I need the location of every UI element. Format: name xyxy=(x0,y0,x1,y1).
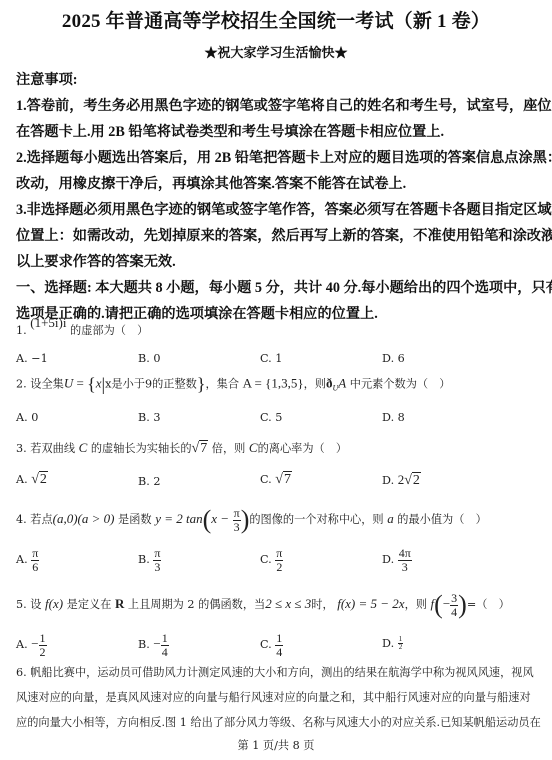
question-text: 中元素个数为（ ） xyxy=(350,378,451,391)
notice-line: 以上要求作答的答案无效. xyxy=(16,251,176,271)
question-text: 若双曲线 xyxy=(30,442,75,455)
sign: − xyxy=(31,636,38,651)
option-label: C. xyxy=(260,638,272,651)
option-d[interactable]: D. 4π3 xyxy=(382,547,412,573)
paren-open-icon: ( xyxy=(434,590,443,619)
math-expression: y = 2 tan xyxy=(155,511,202,526)
question-text: 的最小值为（ ） xyxy=(397,513,487,526)
radicand: 2 xyxy=(39,471,48,487)
question-number: 2. xyxy=(16,378,27,391)
fraction: 14 xyxy=(275,632,283,658)
option-b[interactable]: B. 3 xyxy=(138,411,160,424)
option-a[interactable]: A. −1 xyxy=(16,352,48,365)
denominator: 4 xyxy=(276,646,282,659)
question-number: 4. xyxy=(16,513,27,526)
radicand: 7 xyxy=(283,471,292,487)
question-text: ，集合 xyxy=(205,378,239,391)
denominator: 6 xyxy=(32,561,38,574)
question-text: 的虚轴长为实轴长的 xyxy=(91,442,192,455)
option-label: B. xyxy=(138,553,150,566)
option-b[interactable]: B. 2 xyxy=(138,475,160,488)
denominator: 3 xyxy=(234,521,240,534)
radicand: 2 xyxy=(412,472,421,488)
question-3: 3. 若双曲线 C 的虚轴长为实轴长的√7 倍，则 C的离心率为（ ） xyxy=(16,440,347,457)
question-text: 设 xyxy=(30,598,41,611)
question-text: 倍，则 xyxy=(212,442,246,455)
brace-open-icon: { xyxy=(87,374,96,394)
exam-page: 2025 年普通高等学校招生全国统一考试（新 1 卷） ★祝大家学习生活愉快★ … xyxy=(0,0,552,760)
denominator: 4 xyxy=(162,646,168,659)
option-d[interactable]: D. 2√2 xyxy=(382,472,421,489)
fraction: π3 xyxy=(153,547,161,573)
question-2: 2. 设全集U = {x|x是小于9的正整数}，集合 A = {1,3,5}，则… xyxy=(16,374,451,395)
option-b[interactable]: B. 0 xyxy=(138,352,160,365)
sqrt-expression: √7 xyxy=(275,471,292,487)
radicand: 7 xyxy=(199,440,208,456)
question-text: 设全集 xyxy=(30,378,64,391)
option-c[interactable]: C. √7 xyxy=(260,472,292,488)
sqrt-expression: √2 xyxy=(31,471,48,487)
question-text: 的虚部为（ ） xyxy=(70,324,148,337)
question-text: =（ ） xyxy=(467,598,510,611)
denominator: 4 xyxy=(451,606,457,619)
fraction: 14 xyxy=(161,632,169,658)
numerator: 1 xyxy=(161,632,169,646)
notice-line: 2.选择题每小题选出答案后，用 2B 铅笔把答题卡上对应的题目选项的答案信息点涂… xyxy=(16,147,552,167)
question-text: 的离心率为（ ） xyxy=(258,442,348,455)
math-expression: x − xyxy=(211,511,229,526)
question-6-line: 6. 帆船比赛中，运动员可借助风力计测定风速的大小和方向，测出的结果在航海学中称… xyxy=(16,664,534,680)
notice-line: 位置上：如需改动，先划掉原来的答案，然后再写上新的答案，不准使用铅笔和涂改液.不… xyxy=(16,225,552,245)
math-var: a xyxy=(387,511,394,526)
math-var: C xyxy=(249,440,258,455)
option-a[interactable]: A. π6 xyxy=(16,547,39,573)
numerator: 1 xyxy=(275,632,283,646)
option-c[interactable]: C. 5 xyxy=(260,411,282,424)
denominator: 2 xyxy=(399,644,403,651)
sqrt-expression: √7 xyxy=(192,440,209,456)
sign: − xyxy=(153,636,160,651)
fraction: π2 xyxy=(275,547,283,573)
option-a[interactable]: A. 0 xyxy=(16,411,38,424)
numerator: π xyxy=(31,547,39,561)
question-text: ，则 xyxy=(304,378,326,391)
real-numbers-symbol: R xyxy=(115,596,124,611)
option-a[interactable]: A. −12 xyxy=(16,632,47,658)
question-1: 1. (1+5i)i 的虚部为（ ） xyxy=(16,322,148,338)
notice-line: 在答题卡上.用 2B 铅笔将试卷类型和考生号填涂在答题卡相应位置上. xyxy=(16,121,444,141)
math-expression: f(x) = 5 − 2x xyxy=(337,596,404,611)
exam-title: 2025 年普通高等学校招生全国统一考试（新 1 卷） xyxy=(0,6,552,33)
question-text: ，则 xyxy=(405,598,427,611)
option-label: A. xyxy=(16,473,28,486)
question-text: 是定义在 xyxy=(67,598,112,611)
numerator: 1 xyxy=(39,632,47,646)
option-d[interactable]: D. 12 xyxy=(382,636,403,652)
denominator: 3 xyxy=(154,561,160,574)
option-label: D. xyxy=(382,553,394,566)
denominator: 3 xyxy=(402,561,408,574)
math-expression: 2 ≤ x ≤ 3 xyxy=(265,596,311,611)
fraction: 34 xyxy=(450,592,458,618)
numerator: 4π xyxy=(398,547,412,561)
question-6-line: 风速对应的向量，是真风风速对应的向量与船行风速对应的向量之和，其中船行风速对应的… xyxy=(16,689,531,705)
option-c[interactable]: C. 1 xyxy=(260,352,282,365)
paren-close-icon: ) xyxy=(458,590,467,619)
math-expression: A = {1,3,5} xyxy=(243,376,304,391)
sign: − xyxy=(443,596,450,611)
notice-line: 改动，用橡皮擦干净后，再填涂其他答案.答案不能答在试卷上. xyxy=(16,173,406,193)
section-heading: 选项是正确的.请把正确的选项填涂在答题卡相应的位置上. xyxy=(16,303,378,323)
option-label: D. xyxy=(382,474,394,487)
fraction: 4π3 xyxy=(398,547,412,573)
option-label: A. xyxy=(16,638,28,651)
math-var: A xyxy=(338,376,346,391)
question-text: 上且周期为 2 的偶函数，当 xyxy=(128,598,265,611)
question-number: 3. xyxy=(16,442,27,455)
option-label: B. xyxy=(138,638,150,651)
denominator: 2 xyxy=(40,646,46,659)
numerator: π xyxy=(233,507,241,521)
question-text: 若点 xyxy=(30,513,52,526)
fraction: π6 xyxy=(31,547,39,573)
math-var: C xyxy=(79,440,88,455)
option-d[interactable]: D. 8 xyxy=(382,411,405,424)
question-text: 时， xyxy=(311,598,333,611)
sqrt-expression: √2 xyxy=(404,472,421,488)
option-label: C. xyxy=(260,553,272,566)
section-heading: 一、选择题: 本大题共 8 小题，每小题 5 分，共计 40 分.每小题给出的四… xyxy=(16,277,552,297)
fraction: 12 xyxy=(39,632,47,658)
fraction: π3 xyxy=(233,507,241,533)
exam-subtitle: ★祝大家学习生活愉快★ xyxy=(0,42,552,61)
question-6-line: 应的向量大小相等，方向相反.图 1 给出了部分风力等级、名称与风速大小的对应关系… xyxy=(16,714,541,730)
question-text: 是函数 xyxy=(118,513,152,526)
option-b[interactable]: B. −14 xyxy=(138,632,169,658)
option-label: A. xyxy=(16,553,28,566)
option-b[interactable]: B. π3 xyxy=(138,547,161,573)
denominator: 2 xyxy=(276,561,282,574)
option-label: D. xyxy=(382,637,394,650)
math-expression: (1+5i)i xyxy=(30,315,66,330)
math-expression: f(x) xyxy=(45,596,63,611)
question-number: 1. xyxy=(16,324,27,337)
math-expression: (a,0)(a > 0) xyxy=(53,511,115,526)
page-number: 第 1 页/共 8 页 xyxy=(0,737,552,753)
notice-line: 1.答卷前，考生务必用黑色字迹的钢笔或签字笔将自己的姓名和考生号，试室号，座位号… xyxy=(16,95,552,115)
notice-line: 3.非选择题必须用黑色字迹的钢笔或签字笔作答，答案必须写在答题卡各题目指定区域内… xyxy=(16,199,552,219)
option-label: C. xyxy=(260,473,272,486)
question-text: 的图像的一个对称中心，则 xyxy=(249,513,383,526)
question-number: 5. xyxy=(16,598,27,611)
math-var: U xyxy=(64,376,73,391)
notice-heading: 注意事项: xyxy=(16,69,77,89)
paren-open-icon: ( xyxy=(203,505,212,534)
numerator: π xyxy=(153,547,161,561)
set-description: x是小于9的正整数 xyxy=(105,378,197,391)
option-c[interactable]: C. 14 xyxy=(260,632,283,658)
numerator: π xyxy=(275,547,283,561)
numerator: 3 xyxy=(450,592,458,606)
option-a[interactable]: A. √2 xyxy=(16,472,48,488)
option-d[interactable]: D. 6 xyxy=(382,352,405,365)
fraction: 12 xyxy=(398,636,404,652)
question-4: 4. 若点(a,0)(a > 0) 是函数 y = 2 tan(x − π3)的… xyxy=(16,505,487,535)
option-c[interactable]: C. π2 xyxy=(260,547,283,573)
question-5: 5. 设 f(x) 是定义在 R 上且周期为 2 的偶函数，当2 ≤ x ≤ 3… xyxy=(16,590,510,620)
